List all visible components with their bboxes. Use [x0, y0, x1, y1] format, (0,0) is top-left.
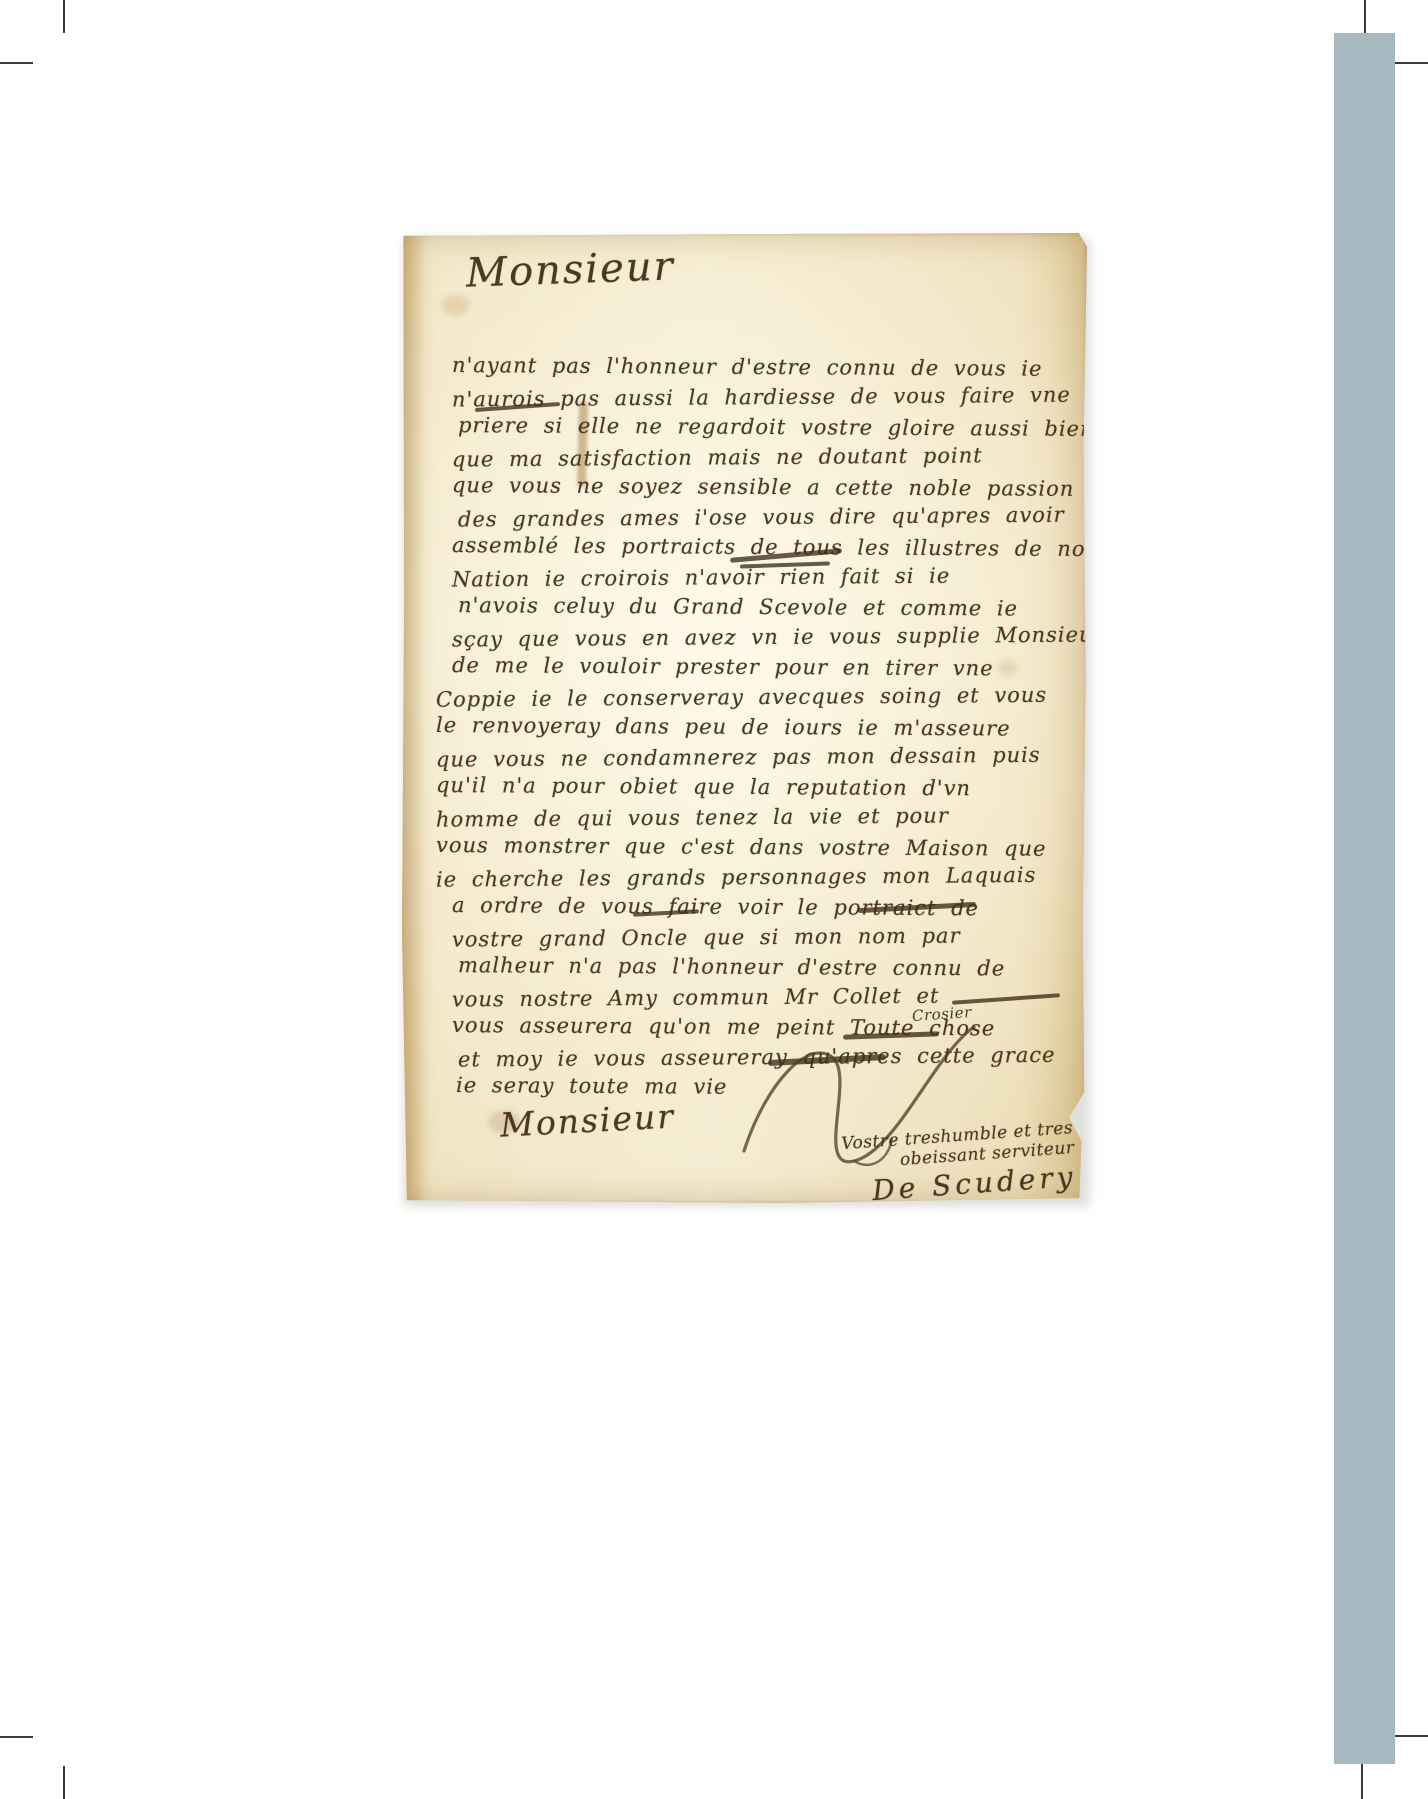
- body-line: n'aurois pas aussi la hardiesse de vous …: [452, 382, 1092, 417]
- body-line: que vous ne soyez sensible a cette noble…: [452, 473, 1092, 507]
- salutation: Monsieur: [465, 243, 675, 296]
- body-line: le renvoyeray dans peu de iours ie m'ass…: [436, 713, 1092, 747]
- body-line: qu'il n'a pour obiet que la reputation d…: [436, 773, 1092, 807]
- closing-salutation: Monsieur: [499, 1096, 676, 1144]
- crop-mark-bottom-right-horizontal: [1395, 1735, 1428, 1737]
- body-line: sçay que vous en avez vn ie vous supplie…: [452, 622, 1092, 657]
- body-line: n'ayant pas l'honneur d'estre connu de v…: [452, 353, 1092, 387]
- body-line: Coppie ie le conserveray avecques soing …: [436, 682, 1092, 717]
- body-line: priere si elle ne regardoit vostre gloir…: [458, 413, 1092, 447]
- crop-mark-bottom-left-horizontal: [0, 1736, 33, 1738]
- body-line: vous monstrer que c'est dans vostre Mais…: [436, 833, 1092, 867]
- body-line: assemblé les portraicts de tous les illu…: [452, 533, 1092, 567]
- body-line: homme de qui vous tenez la vie et pour: [436, 802, 1092, 837]
- letter-body: n'ayant pas l'honneur d'estre connu de v…: [452, 355, 1092, 1105]
- crop-mark-top-right-vertical: [1364, 0, 1366, 33]
- body-line: Nation ie croirois n'avoir rien fait si …: [452, 562, 1092, 597]
- crop-mark-top-left-horizontal: [0, 62, 33, 64]
- body-line: malheur n'a pas l'honneur d'estre connu …: [458, 953, 1092, 987]
- crop-mark-bottom-right-vertical: [1361, 1764, 1363, 1799]
- crop-mark-bottom-left-vertical: [63, 1766, 65, 1799]
- body-line: n'avois celuy du Grand Scevole et comme …: [458, 593, 1092, 627]
- crop-mark-top-right-horizontal: [1395, 62, 1428, 64]
- body-line: a ordre de vous faire voir le portraict …: [452, 893, 1092, 927]
- crop-mark-top-left-vertical: [63, 0, 65, 33]
- paper-foxing-spot: [442, 295, 470, 315]
- body-line: des grandes ames i'ose vous dire qu'apre…: [458, 503, 1092, 538]
- body-line: que vous ne condamnerez pas mon dessain …: [436, 742, 1092, 777]
- signature-block: Vostre treshumble et tres obeissant serv…: [840, 1118, 1077, 1209]
- body-line: que ma satisfaction mais ne doutant poin…: [452, 442, 1092, 477]
- body-line: ie cherche les grands personnages mon La…: [436, 862, 1092, 897]
- catalog-page: Monsieur n'ayant pas l'honneur d'estre c…: [0, 0, 1428, 1799]
- accent-bar: [1334, 33, 1395, 1764]
- letter-paper: Monsieur n'ayant pas l'honneur d'estre c…: [400, 233, 1087, 1203]
- body-line: vostre grand Oncle que si mon nom par: [452, 922, 1092, 957]
- body-line: de me le vouloir prester pour en tirer v…: [452, 653, 1092, 687]
